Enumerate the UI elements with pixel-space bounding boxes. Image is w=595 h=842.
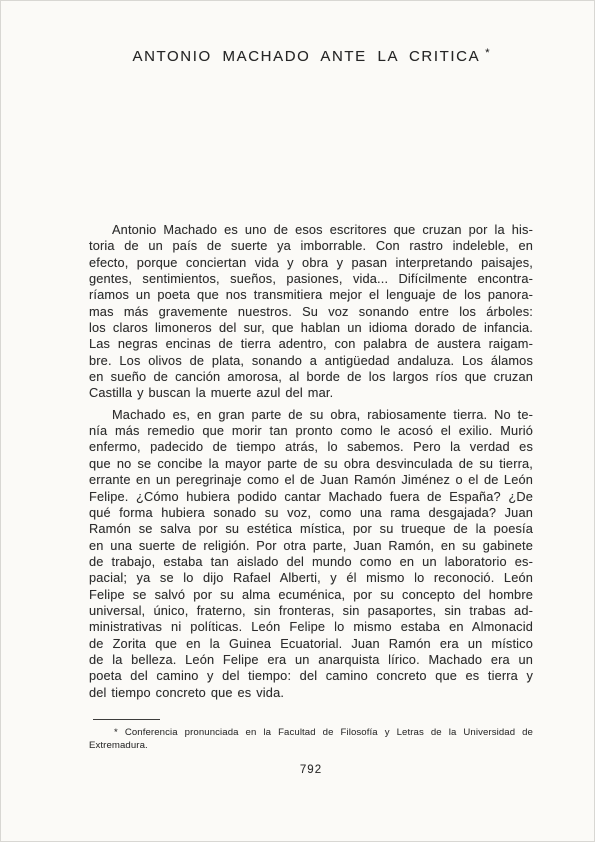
paragraph-1: Antonio Machado es uno de esos escritore… (89, 222, 533, 402)
text-line: Las negras encinas de tierra adentro, co… (89, 336, 533, 352)
text-line: ríamos un poeta que nos transmitiera mej… (89, 287, 533, 303)
text-line: enfermo, padecido de tiempo atrás, lo sa… (89, 439, 533, 455)
text-line: nía más remedio que morir tan pronto com… (89, 423, 533, 439)
text-line: mas más gravemente nuestros. Su voz sona… (89, 304, 533, 320)
text-line: Ramón se salva por su estética mística, … (89, 521, 533, 537)
text-line: del tiempo concreto que es vida. (89, 685, 533, 701)
text-line: los claros limoneros del sur, que hablan… (89, 320, 533, 336)
text-line: toria de un país de suerte ya imborrable… (89, 238, 533, 254)
footnote: * Conferencia pronunciada en la Facultad… (89, 726, 533, 753)
text-line: en una suerte de religión. Por otra part… (89, 538, 533, 554)
page-number: 792 (89, 764, 533, 776)
text-line: universal, único, fraterno, sin frontera… (89, 603, 533, 619)
text-line: Castilla y buscan la muerte azul del mar… (89, 385, 533, 401)
text-line: errante en un peregrinaje como el de Jua… (89, 472, 533, 488)
text-line: pacial; ya se lo dijo Rafael Alberti, y … (89, 570, 533, 586)
text-line: Felipe se salvó por su alma ecuménica, p… (89, 587, 533, 603)
text-line: bre. Los olivos de plata, sonando a anti… (89, 353, 533, 369)
text-line: Felipe. ¿Cómo hubiera podido cantar Mach… (89, 489, 533, 505)
title-footnote-asterisk: * (485, 47, 489, 59)
text-line: de trabajo, estaba tan aislado del mundo… (89, 554, 533, 570)
text-line: * Conferencia pronunciada en la Facultad… (89, 726, 533, 739)
text-line: efecto, porque conciertan vida y obra y … (89, 255, 533, 271)
text-line: poeta del camino y del tiempo: del camin… (89, 668, 533, 684)
article-body: Antonio Machado es uno de esos escritore… (89, 222, 533, 701)
text-line: qué forma hubiera sonado su voz, como un… (89, 505, 533, 521)
text-line: de la belleza. León Felipe era un anarqu… (89, 652, 533, 668)
text-line: Extremadura. (89, 739, 533, 752)
text-line: en sueño de canción amorosa, al borde de… (89, 369, 533, 385)
article-title: ANTONIO MACHADO ANTE LA CRITICA* (89, 47, 533, 65)
text-line: gentes, sentimientos, sueños, pasiones, … (89, 271, 533, 287)
paragraph-2: Machado es, en gran parte de su obra, ra… (89, 407, 533, 701)
text-line: de Zorita que en la Guinea Ecuatorial. J… (89, 636, 533, 652)
document-page: ANTONIO MACHADO ANTE LA CRITICA* Antonio… (0, 0, 595, 842)
text-line: Antonio Machado es uno de esos escritore… (89, 222, 533, 238)
text-line: Machado es, en gran parte de su obra, ra… (89, 407, 533, 423)
text-line: ministrativas ni políticas. León Felipe … (89, 619, 533, 635)
article-title-text: ANTONIO MACHADO ANTE LA CRITICA (133, 48, 481, 65)
footnote-separator-rule (93, 719, 160, 720)
text-line: que no se concibe la mayor parte de su o… (89, 456, 533, 472)
